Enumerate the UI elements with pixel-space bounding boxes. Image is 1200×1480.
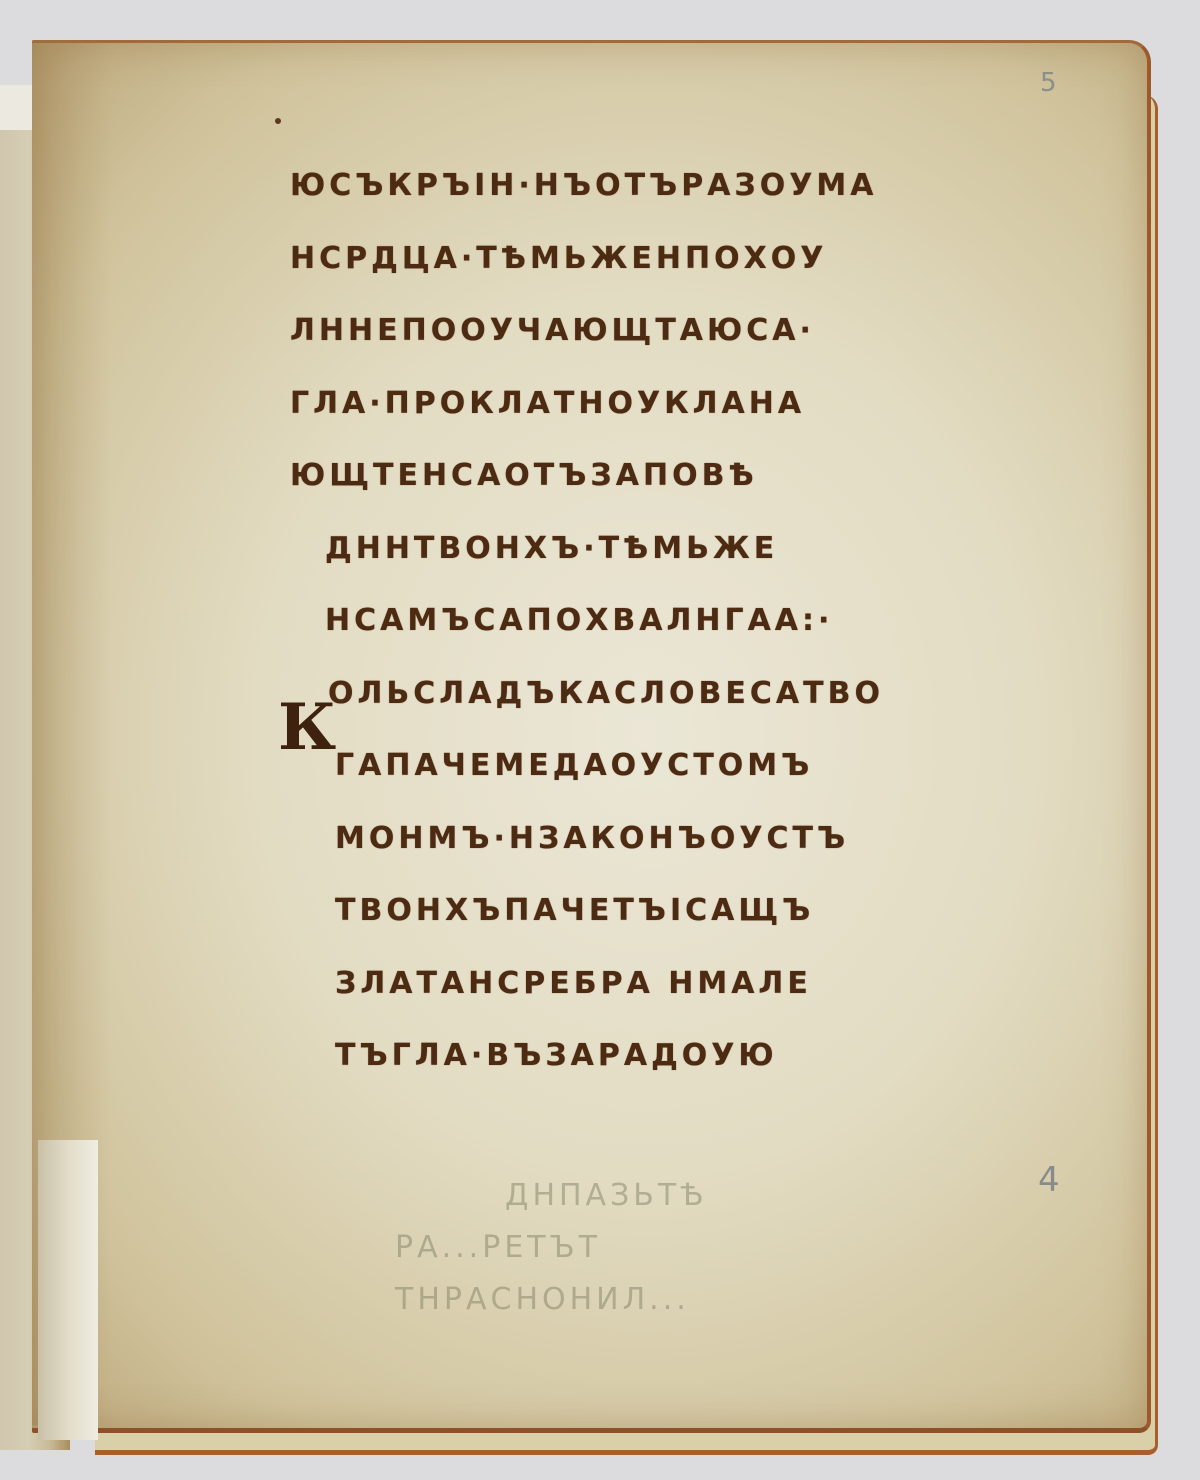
faded-line: ТНРАСНОНИЛ... (395, 1274, 955, 1326)
text-block: ЮСЪКРЪІН·НЪОТЪРАЗОУМА НСРДЦА·ТѢМЬЖЕНПОХО… (290, 150, 950, 1093)
text-line: ЗЛАТАНСРЕБРА НМАЛЕ (290, 948, 950, 1021)
faded-marginalia: ДНПАЗЬТѢ РА...РЕТЪТ ТНРАСНОНИЛ... (395, 1170, 955, 1326)
folio-number-bottom: 4 (1038, 1160, 1060, 1200)
text-line: ОЛЬСЛАДЪКАСЛОВЕСАТВО (290, 658, 950, 731)
text-line: ТВОНХЪПАЧЕТЪІСАЩЪ (290, 875, 950, 948)
text-line: ГАПАЧЕМЕДАОУСТОМЪ (290, 730, 950, 803)
text-line: НСАМЪСАПОХВАЛНГАА:· (290, 585, 950, 658)
text-line: ЮСЪКРЪІН·НЪОТЪРАЗОУМА (290, 150, 950, 223)
gutter-strip (38, 1140, 98, 1440)
text-line: ЮЩТЕНСАОТЪЗАПОВѢ (290, 440, 950, 513)
faded-line: РА...РЕТЪТ (395, 1222, 955, 1274)
folio-number-top: 5 (1040, 68, 1057, 98)
faded-line: ДНПАЗЬТѢ (395, 1170, 955, 1222)
ink-dot (275, 118, 281, 124)
text-line: МОНМЪ·НЗАКОНЪОУСТЪ (290, 803, 950, 876)
text-line: ГЛА·ПРОКЛАТНОУКЛАНА (290, 368, 950, 441)
text-line: ДННТВОНХЪ·ТѢМЬЖЕ (290, 513, 950, 586)
text-line: ЛННЕПООУЧАЮЩТАЮСА· (290, 295, 950, 368)
text-line: ТЪГЛА·ВЪЗАРАДОУЮ (290, 1020, 950, 1093)
text-line: НСРДЦА·ТѢМЬЖЕНПОХОУ (290, 223, 950, 296)
